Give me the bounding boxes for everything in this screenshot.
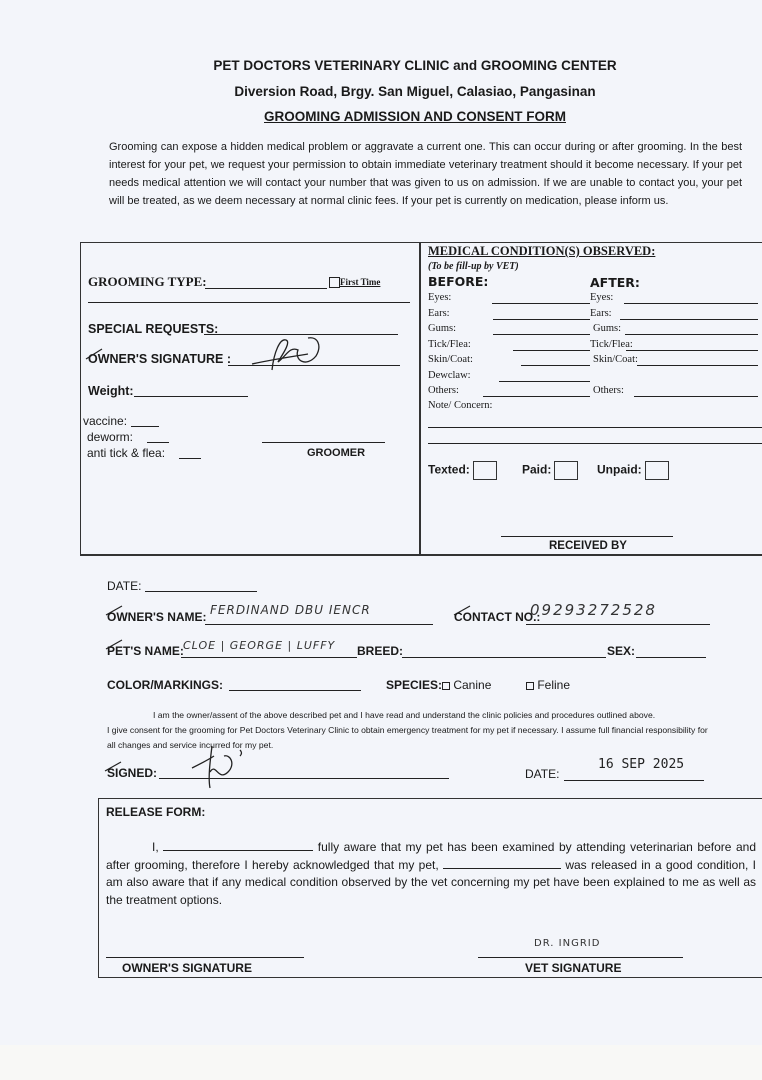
after-field-line[interactable] xyxy=(625,334,758,335)
texted-option[interactable]: Texted: xyxy=(428,461,497,480)
species-canine-option[interactable]: Canine xyxy=(442,678,491,692)
canine-checkbox[interactable] xyxy=(442,682,450,690)
before-field-line[interactable] xyxy=(493,319,590,320)
before-field-line[interactable] xyxy=(492,303,590,304)
texted-label: Texted: xyxy=(428,463,470,477)
note-line-2[interactable] xyxy=(428,443,762,444)
vaccine-label: vaccine: xyxy=(83,414,127,428)
before-field-label: Gums: xyxy=(428,323,456,334)
clinic-name: PET DOCTORS VETERINARY CLINIC and GROOMI… xyxy=(0,58,762,73)
after-field-label: Skin/Coat: xyxy=(593,354,638,365)
deworm-label: deworm: xyxy=(87,430,133,444)
weight-field[interactable] xyxy=(134,396,248,397)
vet-signature-field[interactable] xyxy=(478,957,683,958)
breed-label: BREED: xyxy=(357,644,403,658)
breed-field[interactable] xyxy=(402,657,606,658)
after-field-line[interactable] xyxy=(624,303,758,304)
groomer-signature-field[interactable] xyxy=(262,442,385,443)
received-by-field[interactable] xyxy=(501,536,673,537)
weight-label: Weight: xyxy=(88,384,134,398)
before-field-label: Eyes: xyxy=(428,292,451,303)
grooming-type-field[interactable] xyxy=(205,288,327,289)
consent-date-value: 16 SEP 2025 xyxy=(598,757,684,772)
before-field-label: Skin/Coat: xyxy=(428,354,473,365)
after-field-line[interactable] xyxy=(637,365,758,366)
before-label: BEFORE: xyxy=(428,274,488,289)
owner-name-label: OWNER'S NAME: xyxy=(107,610,207,624)
release-form-paragraph: I, fully aware that my pet has been exam… xyxy=(106,839,756,909)
special-requests-label: SPECIAL REQUESTS: xyxy=(88,322,218,336)
grooming-type-label: GROOMING TYPE: xyxy=(88,274,207,290)
after-field-label: Others: xyxy=(593,385,624,396)
owner-name-value: FERDINAND DBU IENCR xyxy=(210,603,371,617)
before-field-label: Dewclaw: xyxy=(428,370,471,381)
pet-name-label: PET'S NAME: xyxy=(107,644,184,658)
first-time-option[interactable]: First Time xyxy=(329,277,380,288)
unpaid-checkbox[interactable] xyxy=(645,461,669,480)
scan-background xyxy=(0,1045,762,1080)
first-time-label: First Time xyxy=(340,277,380,287)
feline-label: Feline xyxy=(537,678,570,692)
groomer-label: GROOMER xyxy=(307,447,365,459)
medical-title: MEDICAL CONDITION(S) OBSERVED: xyxy=(428,244,655,259)
after-field-line[interactable] xyxy=(626,350,758,351)
species-label: SPECIES: xyxy=(386,678,442,692)
contact-value: 09293272528 xyxy=(530,601,657,619)
before-field-line[interactable] xyxy=(499,381,590,382)
texted-checkbox[interactable] xyxy=(473,461,497,480)
before-field-line[interactable] xyxy=(493,334,590,335)
color-markings-field[interactable] xyxy=(229,690,361,691)
before-field-label: Tick/Flea: xyxy=(428,339,471,350)
release-owner-signature-field[interactable] xyxy=(106,957,304,958)
anti-tick-label: anti tick & flea: xyxy=(87,446,165,460)
anti-tick-field[interactable] xyxy=(179,458,201,459)
owner-signature-caption: OWNER'S SIGNATURE xyxy=(122,961,252,975)
color-markings-label: COLOR/MARKINGS: xyxy=(107,678,223,692)
release-form-title: RELEASE FORM: xyxy=(106,805,205,819)
medical-subtitle: (To be fill-up by VET) xyxy=(428,261,519,272)
before-field-line[interactable] xyxy=(521,365,590,366)
contact-field[interactable] xyxy=(526,624,710,625)
consent-signature-scribble xyxy=(188,742,258,790)
pet-name-value: CLOE | GEORGE | LUFFY xyxy=(183,639,335,652)
box-divider xyxy=(419,243,421,554)
after-field-label: Ears: xyxy=(590,308,612,319)
sex-label: SEX: xyxy=(607,644,635,658)
unpaid-option[interactable]: Unpaid: xyxy=(597,461,669,480)
after-field-line[interactable] xyxy=(620,319,758,320)
owner-signature-scribble xyxy=(250,332,330,376)
feline-checkbox[interactable] xyxy=(526,682,534,690)
note-line-1[interactable] xyxy=(428,427,762,428)
release-pet-name-field[interactable] xyxy=(443,857,561,869)
clinic-address: Diversion Road, Brgy. San Miguel, Calasi… xyxy=(0,84,762,99)
grooming-type-field-line-2[interactable] xyxy=(88,302,410,303)
paid-checkbox[interactable] xyxy=(554,461,578,480)
vet-signature-caption: VET SIGNATURE xyxy=(525,961,621,975)
sex-field[interactable] xyxy=(636,657,706,658)
form-title: GROOMING ADMISSION AND CONSENT FORM xyxy=(0,109,762,124)
before-field-line[interactable] xyxy=(483,396,590,397)
consent-date-label: DATE: xyxy=(525,767,559,781)
date-field[interactable] xyxy=(145,591,257,592)
note-concern-label: Note/ Concern: xyxy=(428,400,492,411)
before-field-label: Ears: xyxy=(428,308,450,319)
after-field-label: Eyes: xyxy=(590,292,613,303)
signed-label: SIGNED: xyxy=(107,766,157,780)
paid-option[interactable]: Paid: xyxy=(522,461,578,480)
before-field-line[interactable] xyxy=(513,350,590,351)
consent-text-1: I am the owner/assent of the above descr… xyxy=(107,708,713,723)
contact-label: CONTACT NO.: xyxy=(454,610,540,624)
after-field-label: Gums: xyxy=(593,323,621,334)
received-by-label: RECEIVED BY xyxy=(549,540,627,552)
vet-signature-value: DR. INGRID xyxy=(534,938,600,949)
unpaid-label: Unpaid: xyxy=(597,463,642,477)
after-field-line[interactable] xyxy=(634,396,758,397)
paid-label: Paid: xyxy=(522,463,551,477)
release-owner-name-field[interactable] xyxy=(163,839,313,851)
before-field-label: Others: xyxy=(428,385,459,396)
date-label: DATE: xyxy=(107,579,141,593)
pet-name-field[interactable] xyxy=(181,657,357,658)
form-title-text: GROOMING ADMISSION AND CONSENT FORM xyxy=(264,109,566,124)
vaccine-field[interactable] xyxy=(131,426,159,427)
consent-date-field[interactable] xyxy=(564,780,704,781)
checkmark-icon xyxy=(84,347,104,361)
canine-label: Canine xyxy=(453,678,491,692)
species-feline-option[interactable]: Feline xyxy=(526,678,570,692)
intro-paragraph: Grooming can expose a hidden medical pro… xyxy=(109,138,742,210)
release-text-a: I, xyxy=(106,840,159,854)
after-label: AFTER: xyxy=(590,275,640,290)
after-field-label: Tick/Flea: xyxy=(590,339,633,350)
deworm-field[interactable] xyxy=(147,442,169,443)
owner-signature-label: OWNER'S SIGNATURE : xyxy=(88,352,231,366)
owner-name-field[interactable] xyxy=(205,624,433,625)
first-time-checkbox[interactable] xyxy=(329,277,340,288)
